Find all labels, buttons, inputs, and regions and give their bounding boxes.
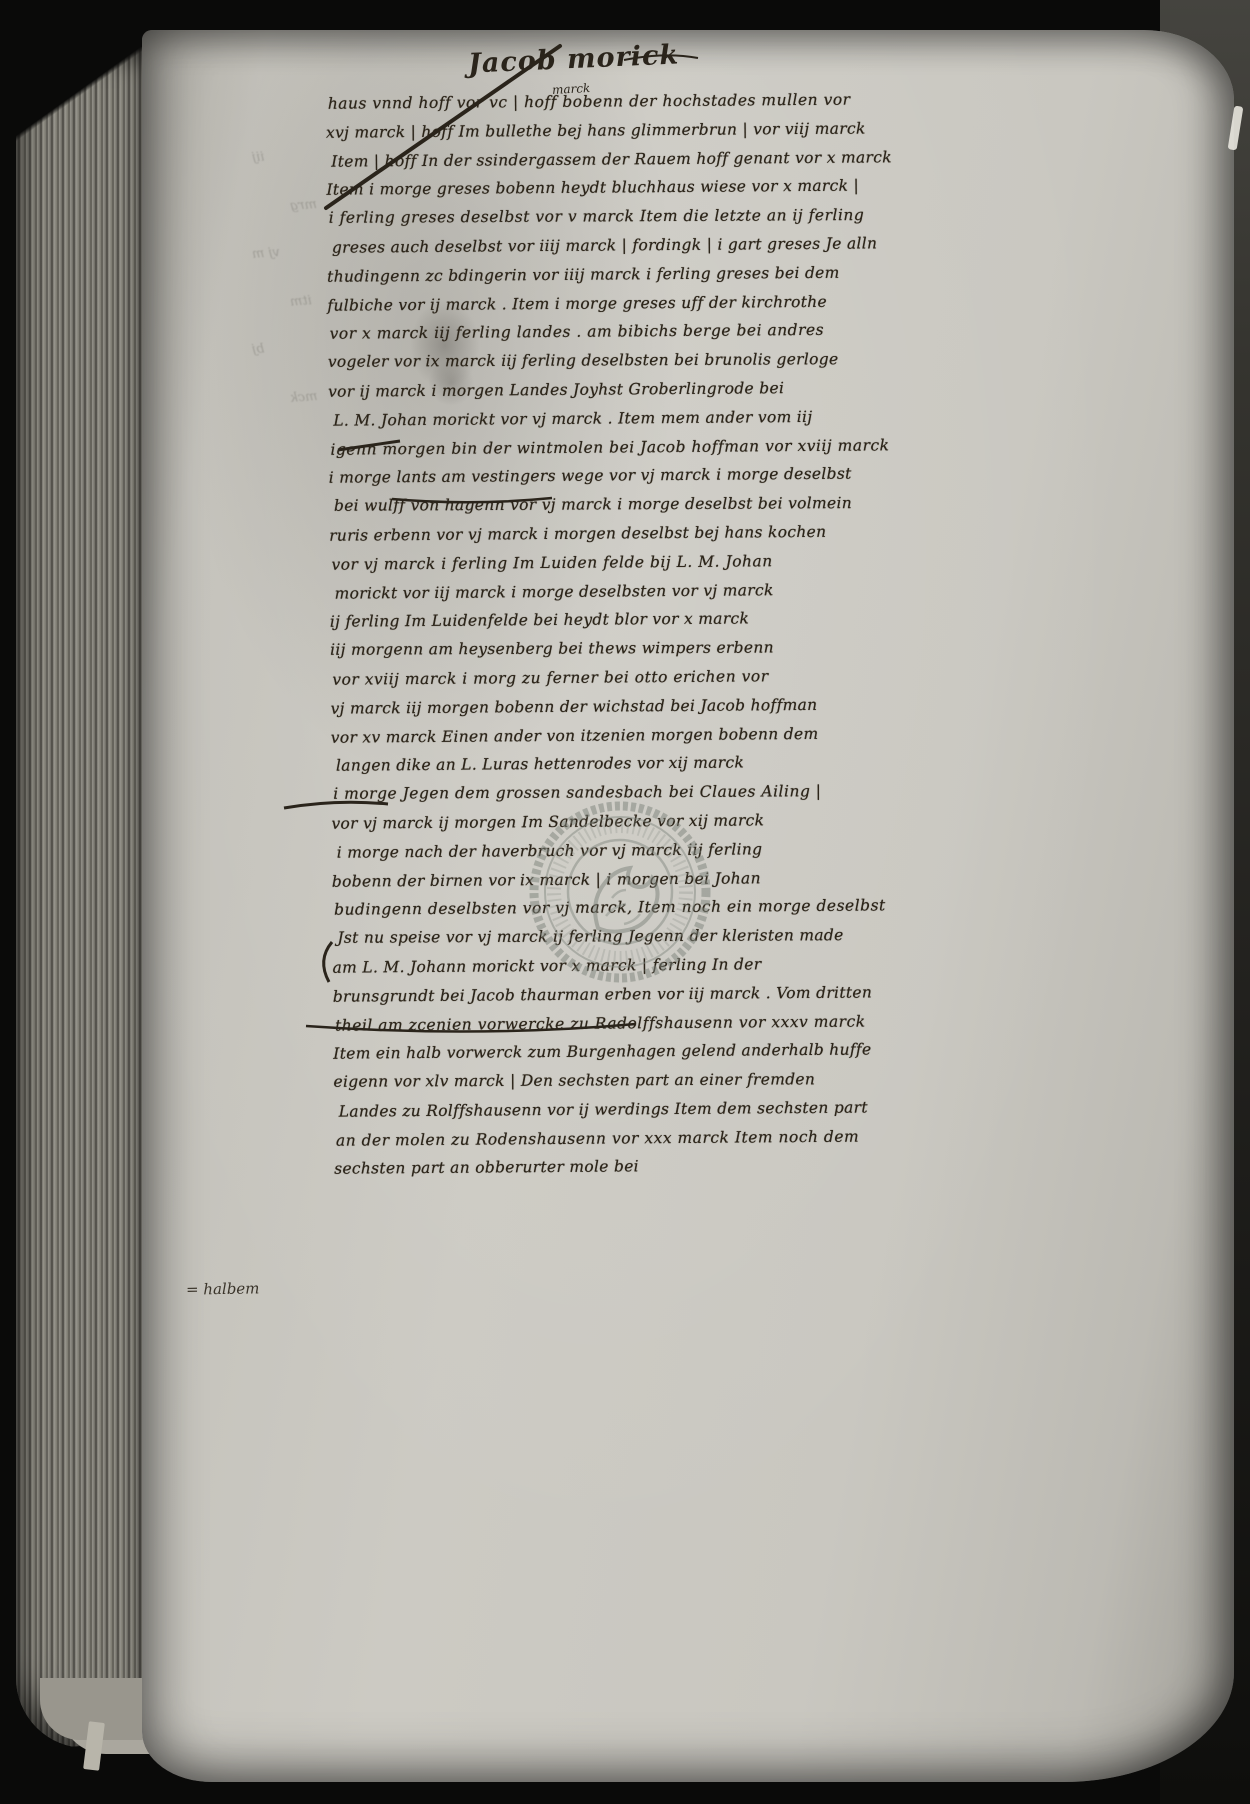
ink-offset-smudge: vj m (252, 245, 281, 262)
ink-offset-smudge: iij (251, 150, 264, 166)
manuscript-line: vogeler vor ix marck iij ferling deselbs… (328, 349, 1018, 381)
manuscript-line: bei wulff von hagenn vor vj marck i morg… (329, 493, 1019, 525)
manuscript-line: langen dike an L. Luras hettenrodes vor … (331, 752, 1021, 786)
circular-heraldic-archive-stamp-icon (528, 800, 712, 984)
manuscript-line: sechsten part an obberurter mole bei (334, 1155, 1024, 1189)
ink-offset-smudge: bj (251, 342, 264, 358)
manuscript-line: ij ferling Im Luidenfelde bei heydt blor… (330, 608, 1020, 642)
book-page-edges (16, 42, 150, 1748)
manuscript-line: Item ein halb vorwerck zum Burgenhagen g… (333, 1040, 1023, 1074)
ink-offset-smudge: mck (290, 389, 318, 406)
ink-offset-smudge: mrg (290, 197, 318, 214)
manuscript-text-block: haus vnnd hoff vor vc | hoff bobenn der … (326, 89, 1025, 1189)
manuscript-line: iij morgenn am heysenberg bei thews wimp… (330, 637, 1020, 669)
ink-offset-smudge: itm (290, 293, 313, 309)
manuscript-line: eigenn vor xlv marck | Den sechsten part… (333, 1069, 1023, 1101)
manuscript-line: i morge lants am vestingers wege vor vj … (329, 464, 1019, 498)
manuscript-photo: Jacob morick marck haus vnnd hoff vor vc… (0, 0, 1250, 1804)
margin-note: = halbem (186, 1279, 260, 1298)
manuscript-line: i ferling greses deselbst vor v marck It… (327, 205, 1017, 237)
